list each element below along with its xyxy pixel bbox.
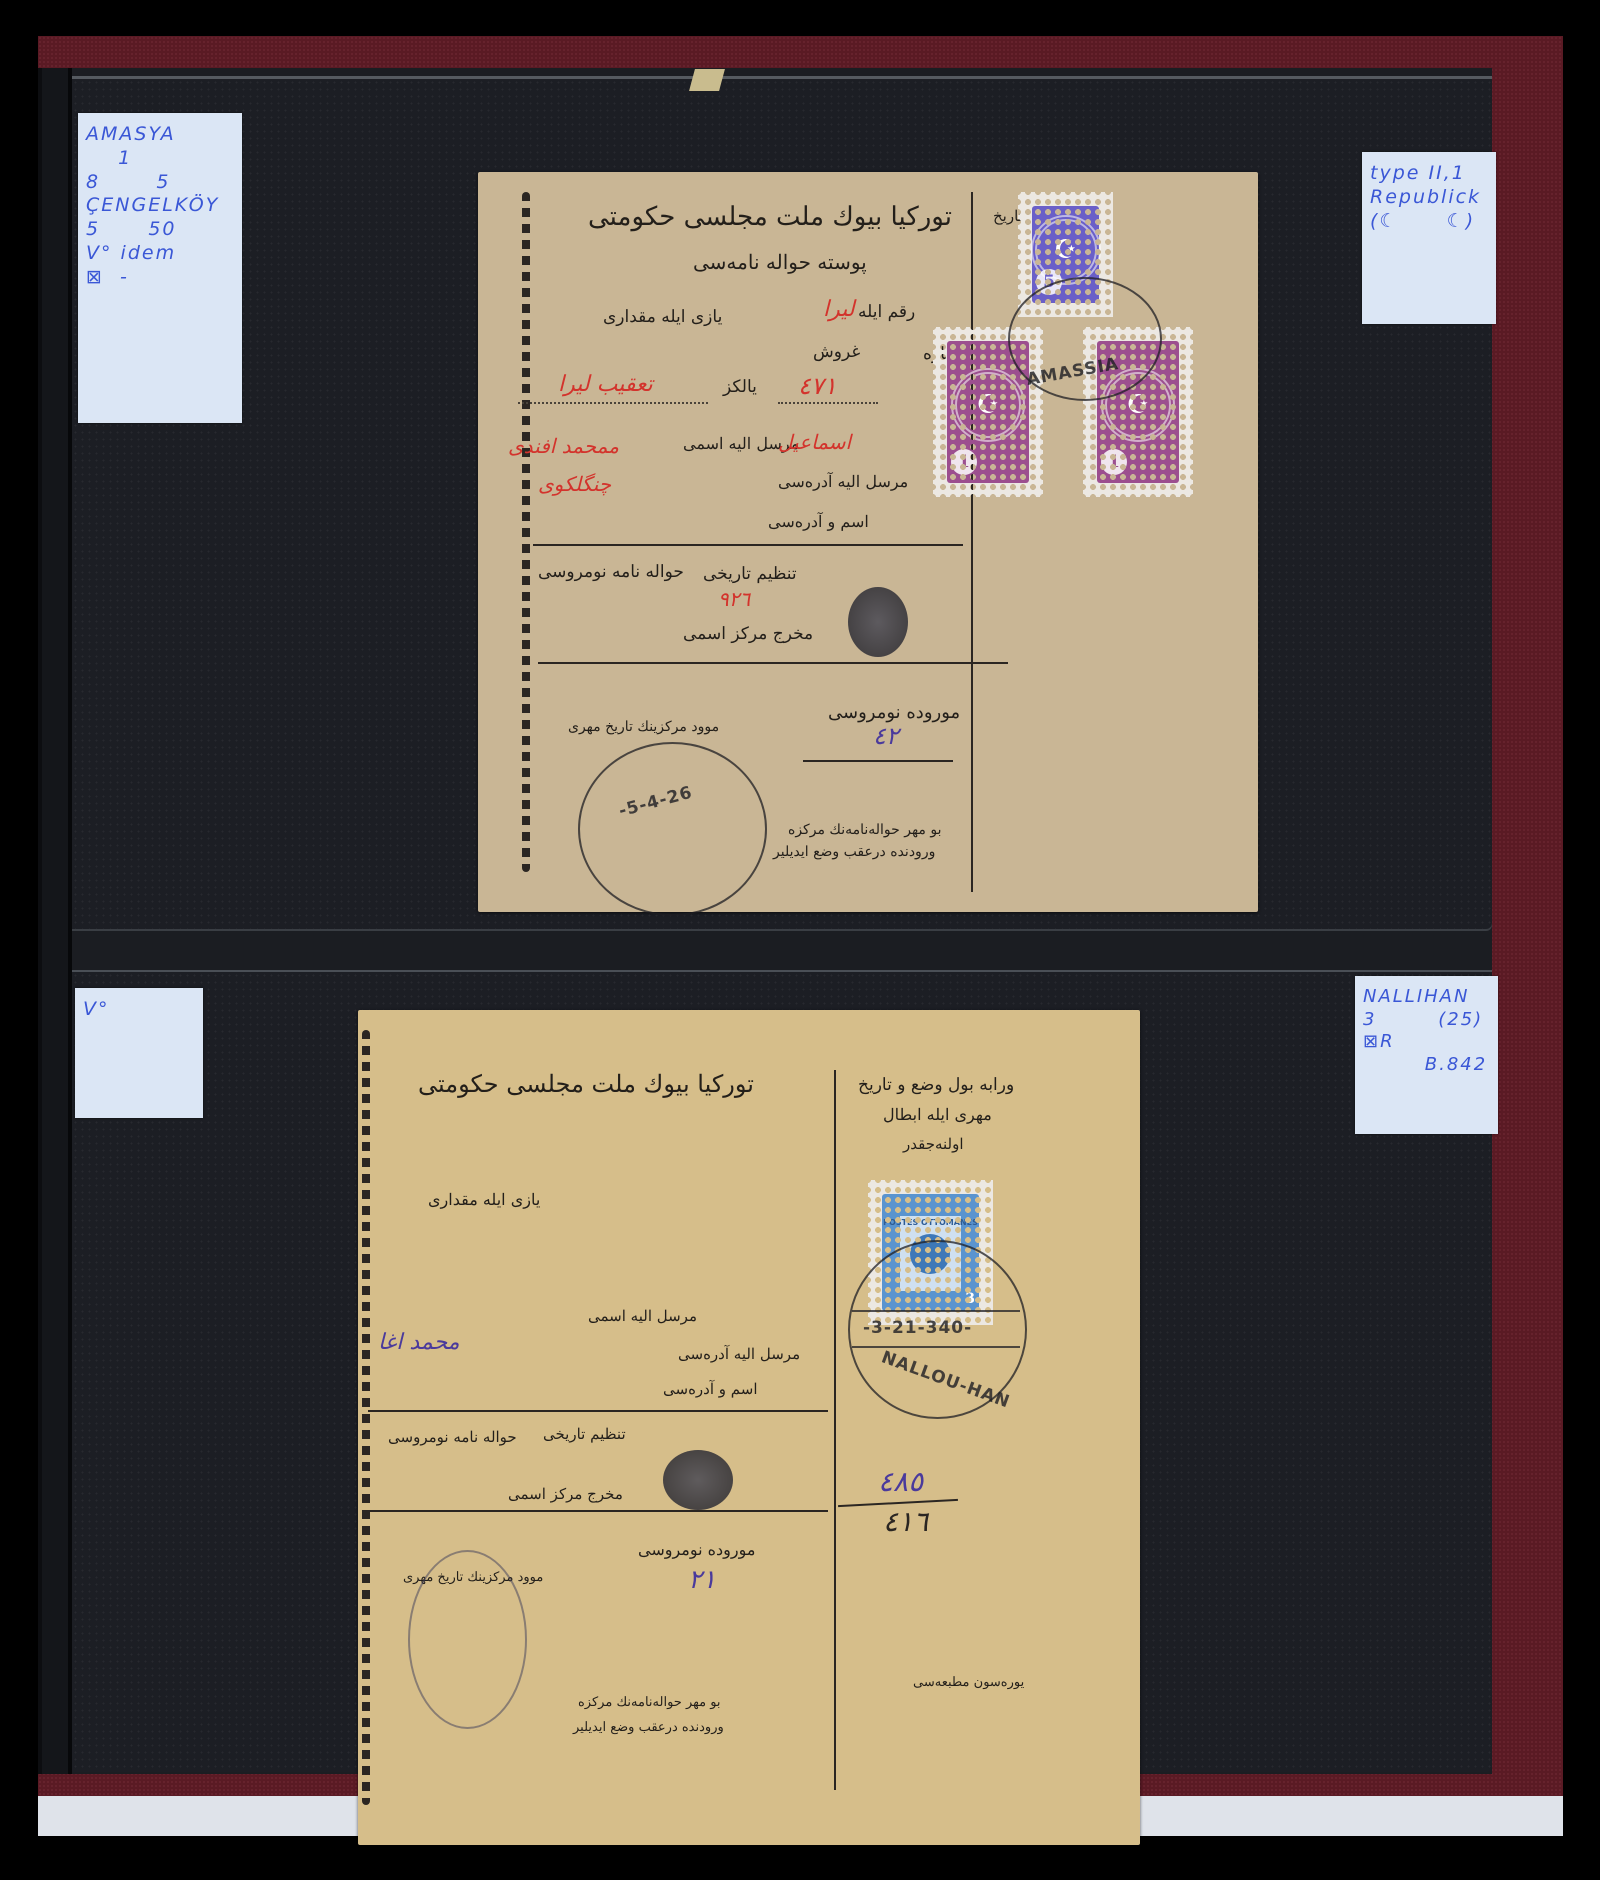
card-header: تورکیا بیوك ملت مجلسی حکومتی (418, 1070, 754, 1098)
note-bottom-left: V° (75, 988, 203, 1118)
section-rule (368, 1410, 828, 1412)
handwritten-amount: لیرا (823, 297, 855, 322)
note-line: V° (83, 998, 195, 1022)
postmark-band (852, 1346, 1020, 1348)
postmark-date: -3-21-340- (863, 1318, 972, 1338)
money-order-card-bottom: تورکیا بیوك ملت مجلسی حکومتی ورابه بول و… (358, 1010, 1140, 1845)
note-line: B.842 (1363, 1054, 1490, 1077)
star-crescent-icon: ☪ (1126, 390, 1149, 420)
field-label: مرسل الیه اسمی (588, 1307, 697, 1325)
ink-seal (848, 587, 908, 657)
note-line: ⊠ - (86, 266, 234, 290)
note-line: 3 (25) (1363, 1009, 1490, 1032)
side-header: اولنه‌جقدر (903, 1135, 964, 1153)
field-label: تنظیم تاریخی (703, 564, 797, 584)
footer-text: بو مهر حواله‌نامه‌نك مرکزه (788, 822, 942, 838)
card-header: تورکیا بیوك ملت مجلسی حکومتی (588, 202, 952, 232)
handwritten-sender: اسماعیل (778, 430, 851, 454)
ink-seal (663, 1450, 733, 1510)
field-label: مرسل الیه آدرەسی (678, 1345, 800, 1363)
money-order-card-top: تورکیا بیوك ملت مجلسی حکومتی پوسته حواله… (478, 172, 1258, 912)
field-label: مخرج مرکز اسمی (508, 1485, 623, 1503)
field-label: رقم ایله (858, 302, 915, 322)
note-line: V° idem (86, 242, 234, 266)
section-rule (368, 1510, 828, 1512)
star-crescent-icon: ☪ (1054, 235, 1077, 265)
note-line: (☾ ☾) (1370, 210, 1488, 234)
note-line: Republick (1370, 186, 1488, 210)
handwritten-number: ٤٨٥ (878, 1465, 923, 1498)
handwritten-amount: ٤٧١ (798, 372, 837, 400)
dotted-line (778, 402, 878, 404)
field-label: تنظیم تاریخی (543, 1425, 626, 1443)
printer-imprint: یورەسون مطبعەسی (913, 1675, 1024, 1690)
footer-text: ورودنده درعقب وضع ایدیلیر (773, 844, 935, 860)
field-label: حواله نامه نومروسی (538, 562, 684, 582)
postmark-faint (408, 1550, 527, 1729)
field-label: موروده نومروسی (828, 702, 960, 723)
field-label: موروده نومروسی (638, 1540, 755, 1559)
field-label: مرسل الیه آدرەسی (778, 472, 908, 491)
note-line: type II,1 (1370, 162, 1488, 186)
handwritten-date: ٩٢٦ (718, 587, 750, 611)
note-top-left: AMASYA 1 8 5 ÇENGELKÖY 5 50 V° idem ⊠ - (78, 113, 242, 423)
stamp-value: 1 (951, 449, 977, 475)
handwritten-arrival-number: ٤٢ (873, 722, 899, 750)
handwritten-amount-words: تعقیب لیرا (558, 372, 653, 397)
postmark-band (852, 1310, 1020, 1312)
handwritten-name: ممحمد افندی (508, 434, 619, 458)
handwritten-arrival-number: ٢١ (688, 1565, 716, 1595)
field-label: یازی ایله مقداری (603, 307, 722, 327)
star-crescent-icon: ☪ (976, 390, 999, 420)
card-subheader: پوسته حواله نامه‌سی (693, 250, 867, 274)
section-rule (533, 544, 963, 546)
field-label: موود مرکزینك تاریخ مهری (568, 719, 719, 735)
perforation-edge (522, 192, 530, 872)
note-line: ⊠R (1363, 1031, 1490, 1054)
note-line: 1 (86, 147, 234, 171)
field-label: اسم و آدرەسی (663, 1380, 758, 1398)
note-line: ÇENGELKÖY (86, 194, 234, 218)
stamp-caption: POSTES OTTOMANES (882, 1218, 979, 1227)
handwritten-name: محمد اغا (378, 1330, 460, 1355)
field-label: حواله نامه نومروسی (388, 1428, 517, 1446)
note-line: 8 5 (86, 171, 234, 195)
column-divider (971, 192, 973, 892)
footer-text: ورودنده درعقب وضع ایدیلیر (573, 1720, 724, 1735)
field-label: غروش (813, 342, 860, 362)
side-header: مهری ایله ابطال (883, 1105, 992, 1124)
column-divider (834, 1070, 836, 1790)
side-header: ورابه بول وضع و تاریخ (858, 1075, 1014, 1095)
field-label: مخرج مرکز اسمی (683, 624, 813, 644)
note-top-right: type II,1 Republick (☾ ☾) (1362, 152, 1496, 324)
section-rule (538, 662, 1008, 664)
section-rule (803, 760, 953, 762)
postmark-arrival (578, 742, 767, 916)
note-line: AMASYA (86, 123, 234, 147)
field-label: اسم و آدرەسی (768, 512, 869, 531)
paper-tab (689, 69, 725, 91)
footer-text: بو مهر حواله‌نامه‌نك مرکزه (578, 1695, 721, 1710)
field-label: یالکز (723, 377, 757, 397)
perforation-edge (362, 1030, 370, 1805)
note-line: NALLIHAN (1363, 986, 1490, 1009)
note-line: 5 50 (86, 218, 234, 242)
handwritten-address: چنگلکوی (538, 472, 611, 496)
field-label: یازی ایله مقداری (428, 1190, 540, 1209)
stamp-value: 1 (1101, 449, 1127, 475)
page-spine (42, 68, 72, 1774)
handwritten-number: ٤١٦ (883, 1505, 928, 1538)
note-bottom-right: NALLIHAN 3 (25) ⊠R B.842 (1355, 976, 1498, 1134)
dotted-line (518, 402, 708, 404)
